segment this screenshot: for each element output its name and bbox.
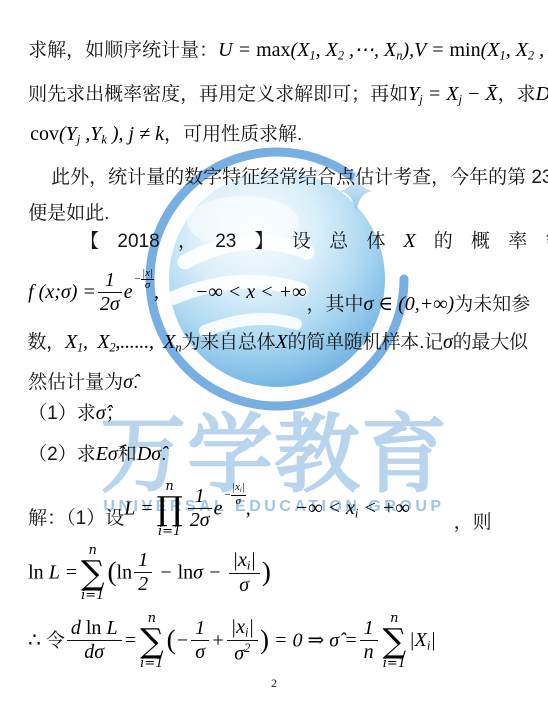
sum-operator: n∑i=1: [383, 612, 407, 671]
document-page: { "meta": { "page_number": "2" }, "water…: [0, 0, 548, 709]
math-dyj: DYj: [536, 83, 548, 105]
page-number: 2: [0, 676, 548, 691]
math-equals-zero-implies: = 0 ⇒: [269, 629, 329, 651]
cn-text: ，则: [454, 509, 492, 537]
fraction-1-over-n: 1n: [360, 617, 378, 664]
math-sigma: σ: [443, 331, 453, 353]
math-abs-Xi: |Xi|: [409, 629, 436, 651]
right-paren: ): [262, 556, 271, 586]
math-domain-xi: −∞ < xi < +∞: [295, 497, 410, 519]
exponent-fraction: −|x|σ: [134, 268, 154, 291]
cn-text: 此外，统计量的数字特征经常结合点估计考查，今年的第 23 题: [51, 167, 548, 188]
math-lnL-equals: ln L =: [28, 561, 78, 583]
cn-text: ，求: [498, 84, 536, 105]
math-equals: =: [124, 629, 138, 651]
math-X: X: [275, 331, 287, 353]
left-paren: (: [108, 556, 117, 586]
math-sigma-hat: σ̂: [123, 371, 133, 393]
math-plus: +: [211, 629, 225, 651]
fraction-1-over-sigma: 1σ: [191, 617, 209, 664]
math-ln: ln: [117, 561, 133, 583]
cn-text: .: [133, 372, 138, 393]
cn-text: 的简单随机样本.记: [287, 332, 442, 353]
cn-text: 令: [46, 630, 65, 651]
cn-text: 为来自总体: [181, 332, 275, 353]
fraction-xi-over-sigma2: |xi|σ2: [227, 616, 258, 666]
left-paren: (: [167, 624, 176, 654]
fraction-dlnL-over-dsigma: d ln Ldσ: [67, 617, 122, 664]
cn-text: 的最大似: [453, 332, 528, 353]
therefore-symbol: ∴: [28, 629, 46, 651]
document-body: 求解，如顺序统计量：U = max(X1, X2 ,⋯, Xn),V = min…: [0, 0, 548, 709]
sum-operator: n∑i=1: [140, 612, 164, 671]
math-minus: −: [176, 629, 190, 651]
right-paren: ): [260, 624, 269, 654]
math-minus-lnsigma: − lnσ −: [154, 561, 226, 583]
math-sigma-hat-equals: σ̂ =: [329, 629, 357, 651]
math-yj-definition: Yj = Xj − X̄: [408, 83, 497, 105]
exponent-fraction: −|xi|σ: [224, 482, 246, 507]
